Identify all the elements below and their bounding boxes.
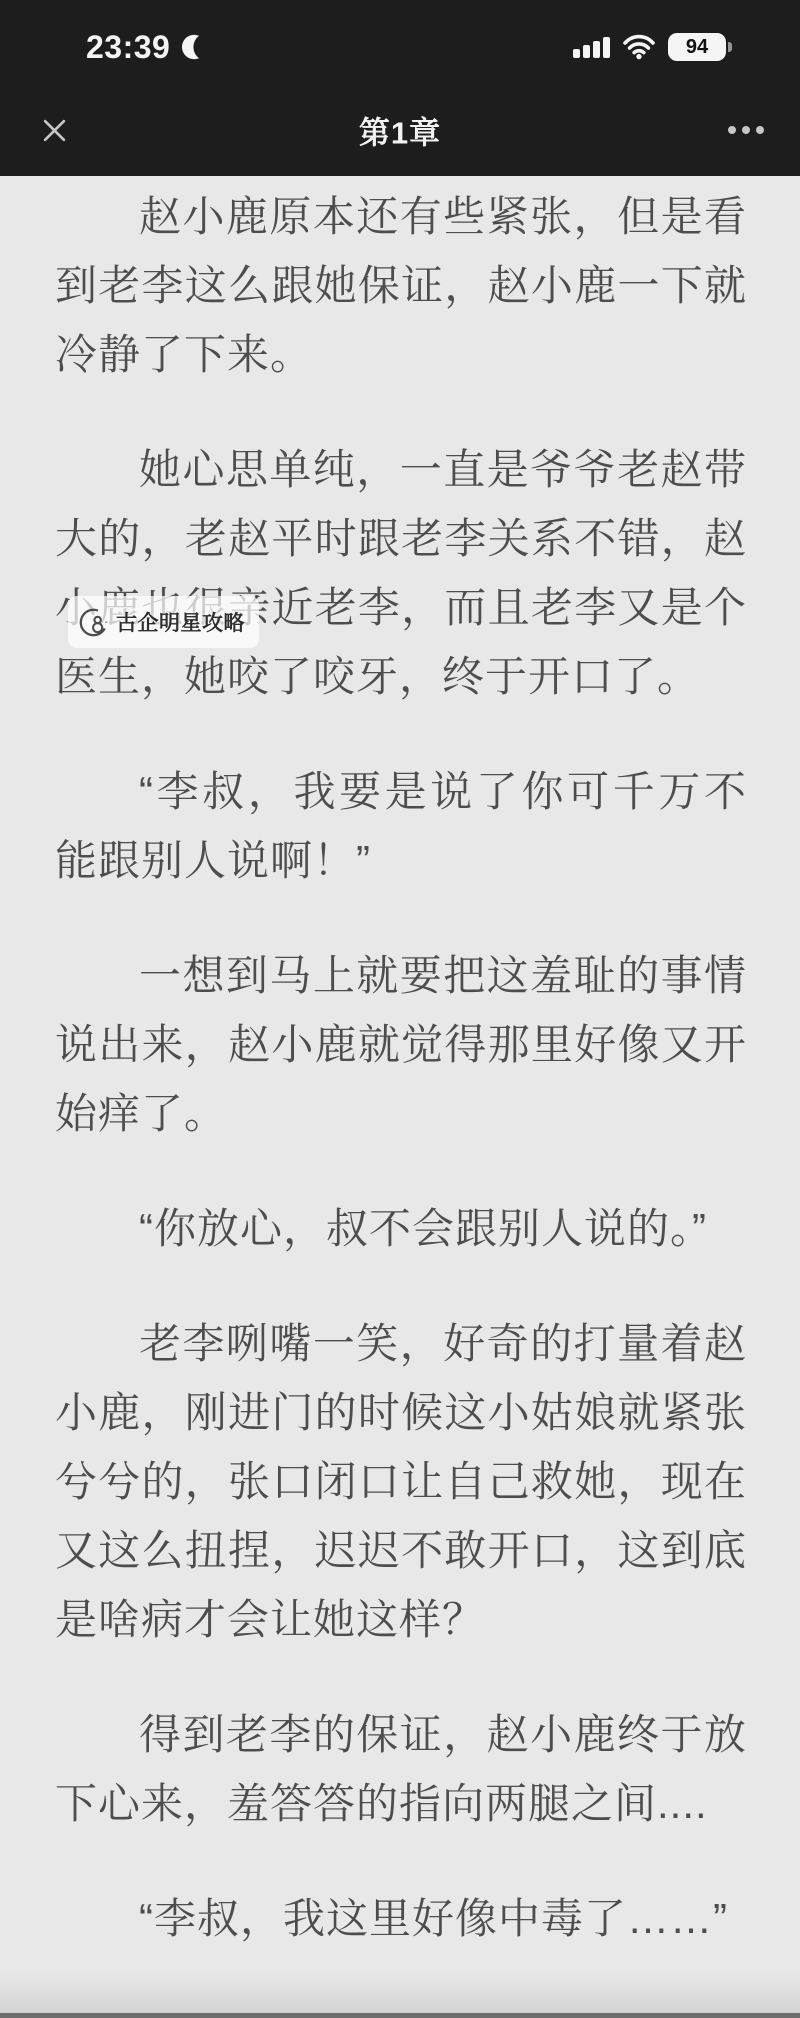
paragraph: “李叔，我这里好像中毒了……” [55,1884,747,1953]
bottom-edge-strip [0,2013,800,2018]
chapter-title: 第1章 [0,108,800,153]
watermark-label: 古企明星攻略 [116,607,245,637]
paragraph: 老李咧嘴一笑，好奇的打量着赵小鹿，刚进门的时候这小姑娘就紧张兮兮的，张口闭口让自… [55,1309,747,1654]
battery-percent: 94 [686,37,708,57]
battery-icon: 94 [668,33,726,61]
cellular-signal-icon [573,36,610,58]
bottom-fade [0,1971,800,2013]
paragraph: 赵小鹿原本还有些紧张，但是看到老李这么跟她保证，赵小鹿一下就冷静了下来。 [55,182,747,389]
paragraph: 一想到马上就要把这羞耻的事情说出来，赵小鹿就觉得那里好像又开始痒了。 [55,941,747,1148]
do-not-disturb-moon-icon [180,33,208,61]
reader-screen: 23:39 94 [0,0,800,2018]
clock: 23:39 [86,29,170,66]
status-left: 23:39 [86,29,208,66]
ellipsis-icon [728,126,736,134]
paragraph: “你放心，叔不会跟别人说的。” [55,1194,747,1263]
paragraph: 得到老李的保证，赵小鹿终于放下心来，羞答答的指向两腿之间.... [55,1700,747,1838]
status-bar: 23:39 94 [0,0,800,84]
reading-area[interactable]: 赵小鹿原本还有些紧张，但是看到老李这么跟她保证，赵小鹿一下就冷静了下来。 她心思… [0,176,800,1953]
paragraph: “李叔，我要是说了你可千万不能跟别人说啊！” [55,757,747,895]
more-options-button[interactable] [718,108,774,152]
battery-nub [728,42,732,52]
top-bar: 23:39 94 [0,0,800,176]
wifi-icon [622,34,656,60]
watermark-logo-icon [78,607,109,638]
reader-header: 第1章 [0,84,800,176]
paragraph: 她心思单纯，一直是爷爷老赵带大的，老赵平时跟老李关系不错，赵小鹿也很亲近老李，而… [55,435,747,711]
status-right: 94 [573,33,726,61]
watermark-badge: 古企明星攻略 [68,596,259,648]
